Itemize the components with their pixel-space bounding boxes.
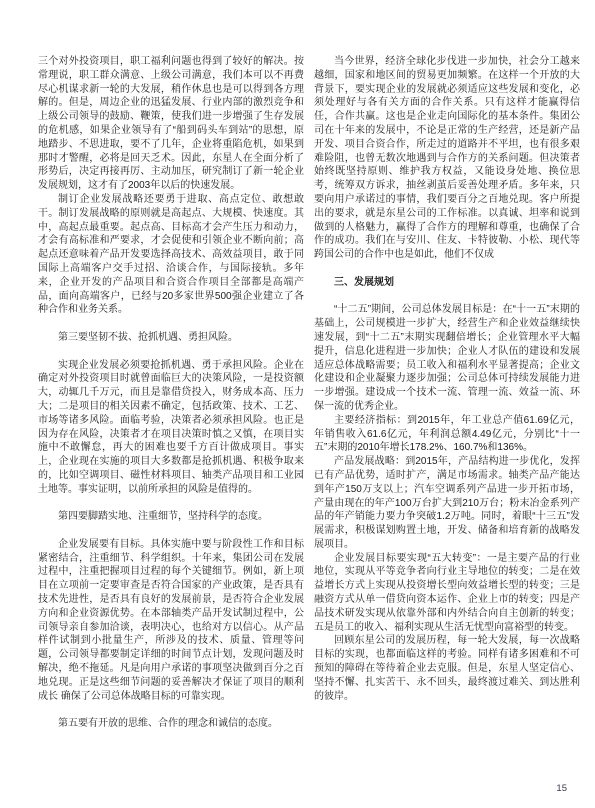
paragraph: “十二五”期间，公司总体发展目标是：在“十一五”末期的基础上，公司规模进一步扩大… — [314, 303, 580, 413]
paragraph: 企业发展目标要实现“五大转变”：一是主要产品的行业地位，实现从平等竞争者向行业主… — [314, 552, 580, 635]
page-number: 15 — [556, 783, 567, 794]
paragraph: 制订企业发展战略还要勇于进取、高点定位、敢想敢干。制订发展战略的原则就是高起点、… — [38, 193, 304, 317]
document-page: 三个对外投资项目，职工福利问题也得到了较好的解决。按常理说，职工群众满意、上级公… — [0, 0, 595, 808]
section-heading: 三、发展规划 — [314, 276, 580, 290]
left-column: 三个对外投资项目，职工福利问题也得到了较好的解决。按常理说，职工群众满意、上级公… — [38, 55, 304, 745]
paragraph: 实现企业发展必须要抢抓机遇、勇于承担风险。企业在确定对外投资项目时就曾面临巨大的… — [38, 359, 304, 497]
right-column: 当今世界，经济全球化步伐进一步加快，社会分工越来越细，国家和地区间的贸易更加频繁… — [314, 55, 580, 745]
paragraph: 主要经济指标：到2015年，年工业总产值61.69亿元，年销售收入61.6亿元，… — [314, 414, 580, 455]
paragraph: 三个对外投资项目，职工福利问题也得到了较好的解决。按常理说，职工群众满意、上级公… — [38, 55, 304, 193]
paragraph: 企业发展要有目标。具体实施中要与阶段性工作和目标紧密结合，注重细节、科学组织。十… — [38, 538, 304, 704]
paragraph: 回顾东星公司的发展历程，每一轮大发展，每一次战略目标的实现，也都面临这样的考验。… — [314, 634, 580, 703]
section-heading: 第三要坚韧不拔、抢抓机遇、勇担风险。 — [38, 331, 304, 345]
section-heading: 第五要有开放的思维、合作的理念和诚信的态度。 — [38, 717, 304, 731]
text-columns: 三个对外投资项目，职工福利问题也得到了较好的解决。按常理说，职工群众满意、上级公… — [0, 0, 595, 745]
section-heading: 第四要脚踏实地、注重细节，坚持科学的态度。 — [38, 510, 304, 524]
paragraph: 产品发展战略：到2015年，产品结构进一步优化，发挥已有产品优势，适时扩产，满足… — [314, 455, 580, 552]
paragraph: 当今世界，经济全球化步伐进一步加快，社会分工越来越细，国家和地区间的贸易更加频繁… — [314, 55, 580, 262]
